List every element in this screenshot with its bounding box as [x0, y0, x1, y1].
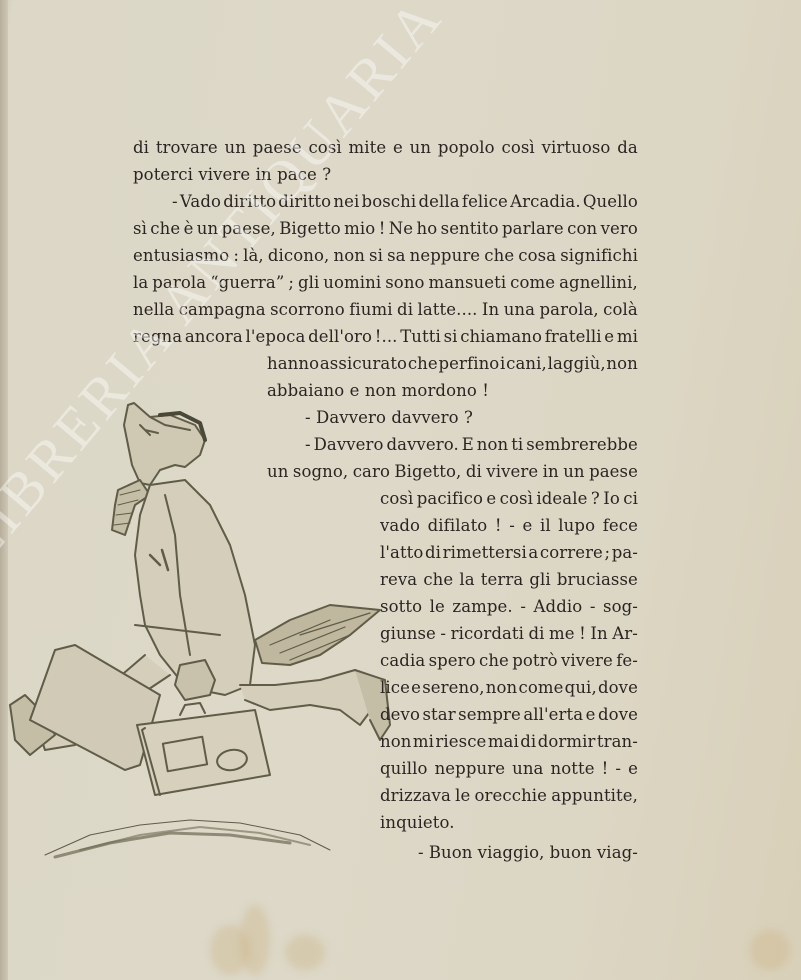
text-line: sottolezampe.-Addio-sog- — [380, 593, 638, 620]
text-line: entusiasmo:là,dicono,nonsisaneppurecheco… — [133, 242, 638, 269]
text-line: inquieto. — [380, 809, 455, 836]
paper-stain — [750, 930, 790, 970]
text-line: revachelaterraglibruciasse — [380, 566, 638, 593]
text-line: quilloneppureunanotte!-e — [380, 755, 638, 782]
text-line: -Buonviaggio,buonviag- — [418, 839, 638, 866]
text-line: - Davvero davvero ? — [305, 404, 473, 431]
text-line: sìcheèunpaese,Bigettomio!Nehosentitoparl… — [133, 215, 638, 242]
text-line: devostarsempreall'ertaedove — [380, 701, 638, 728]
paper-stain — [285, 935, 325, 970]
text-line: cadiasperochepotròviverefe- — [380, 647, 638, 674]
text-line: nellacampagnascorronofiumidilatte....Inu… — [133, 296, 638, 323]
text-line: drizzavaleorecchieappuntite, — [380, 782, 638, 809]
text-line: -VadodirittodirittoneiboschidellafeliceA… — [172, 188, 638, 215]
text-line: ditrovareunpaesecosìmiteeunpopolocosìvir… — [133, 134, 638, 161]
text-line: liceesereno,noncomequi,dove — [380, 674, 638, 701]
text-line: laparola“guerra”;gliuominisonomansuetico… — [133, 269, 638, 296]
text-line: giunse-ricordatidime!InAr- — [380, 620, 638, 647]
text-line: poterci vivere in pace ? — [133, 161, 331, 188]
text-line: cosìpacificoecosìideale?Ioci — [380, 485, 638, 512]
text-line: vadodifilato!-eillupofece — [380, 512, 638, 539]
text-line: -Davverodavvero.Enontisembrerebbe — [305, 431, 638, 458]
text-line: regnaancoral'epocadell'oro!...Tuttisichi… — [133, 323, 638, 350]
text-line: abbaiano e non mordono ! — [267, 377, 489, 404]
paper-stain — [240, 905, 270, 975]
text-line: nonmiriescemaididormirtran- — [380, 728, 638, 755]
text-line: l'attodirimettersiacorrere;pa- — [380, 539, 638, 566]
text-line: hannoassicuratocheperfinoicani,laggiù,no… — [267, 350, 638, 377]
text-line: unsogno,caroBigetto,divivereinunpaese — [267, 458, 638, 485]
